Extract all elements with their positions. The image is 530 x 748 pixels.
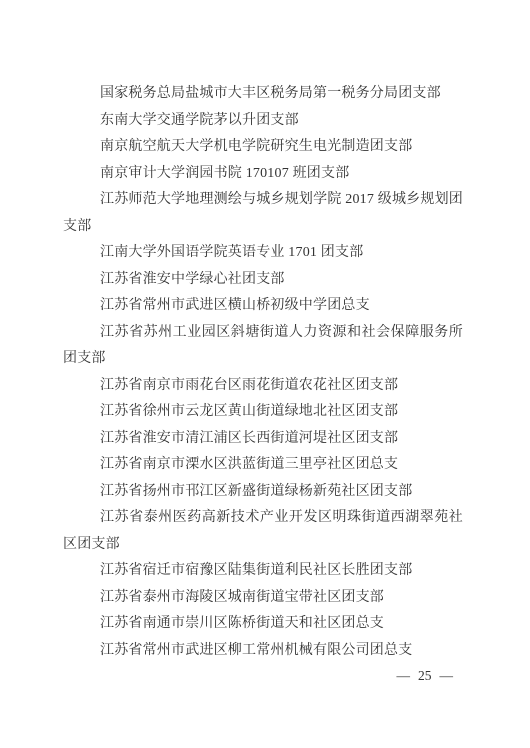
footer-right-dash: — <box>440 667 454 685</box>
list-item: 国家税务总局盐城市大丰区税务局第一税务分局团支部 <box>63 81 463 108</box>
list-item: 江南大学外国语学院英语专业 1701 团支部 <box>63 240 463 267</box>
list-item: 南京审计大学润园书院 170107 班团支部 <box>63 161 463 188</box>
list-item: 江苏省泰州医药高新技术产业开发区明珠街道西湖翠苑社区团支部 <box>63 505 463 558</box>
list-item: 江苏省南京市雨花台区雨花街道农花社区团支部 <box>63 373 463 400</box>
list-item: 江苏师范大学地理测绘与城乡规划学院 2017 级城乡规划团支部 <box>63 187 463 240</box>
document-page: 国家税务总局盐城市大丰区税务局第一税务分局团支部 东南大学交通学院茅以升团支部 … <box>0 0 530 748</box>
list-item: 江苏省宿迁市宿豫区陆集街道利民社区长胜团支部 <box>63 558 463 585</box>
list-item: 江苏省徐州市云龙区黄山街道绿地北社区团支部 <box>63 399 463 426</box>
page-number: 25 <box>418 667 432 685</box>
list-item: 江苏省淮安中学绿心社团支部 <box>63 267 463 294</box>
list-item: 江苏省淮安市清江浦区长西街道河堤社区团支部 <box>63 426 463 453</box>
list-item: 江苏省苏州工业园区斜塘街道人力资源和社会保障服务所团支部 <box>63 320 463 373</box>
list-item: 江苏省常州市武进区横山桥初级中学团总支 <box>63 293 463 320</box>
list-item: 江苏省扬州市邗江区新盛街道绿杨新苑社区团支部 <box>63 479 463 506</box>
list-item: 江苏省常州市武进区柳工常州机械有限公司团总支 <box>63 638 463 665</box>
list-item: 江苏省南通市崇川区陈桥街道天和社区团总支 <box>63 611 463 638</box>
branch-name-list: 国家税务总局盐城市大丰区税务局第一税务分局团支部 东南大学交通学院茅以升团支部 … <box>63 81 463 664</box>
page-footer: — 25 — <box>397 667 454 685</box>
list-item: 南京航空航天大学机电学院研究生电光制造团支部 <box>63 134 463 161</box>
list-item: 东南大学交通学院茅以升团支部 <box>63 108 463 135</box>
footer-left-dash: — <box>397 667 411 685</box>
list-item: 江苏省泰州市海陵区城南街道宝带社区团支部 <box>63 585 463 612</box>
list-item: 江苏省南京市溧水区洪蓝街道三里亭社区团总支 <box>63 452 463 479</box>
